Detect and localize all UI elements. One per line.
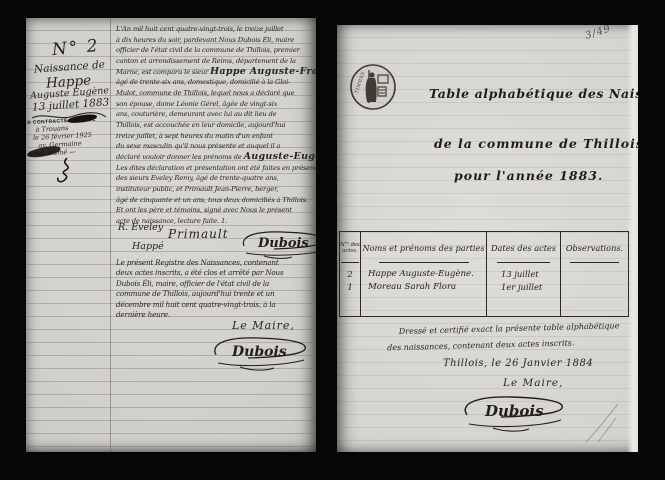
act-line: treize juillet, à sept heures du matin d…: [116, 131, 316, 142]
table-subtitle-year: pour l'année 1883.: [454, 168, 603, 183]
closing-line: Dubois Éli, maire, officier de l'état ci…: [116, 279, 316, 289]
mayor-signature-closing: Dubois: [204, 333, 314, 373]
act-number: N° 2: [51, 36, 100, 60]
signature-eveley: R. Eveley: [118, 222, 163, 233]
column-observations: Observations.: [561, 232, 628, 316]
closing-line: commune de Thillois, aujourd'hui trente …: [116, 289, 316, 299]
father-name: Happe Auguste-Fran: [210, 67, 316, 77]
signature-happe: Happé: [132, 241, 164, 252]
act-line: du sexe masculin qu'il nous présente et …: [116, 141, 316, 152]
act-line: officier de l'état civil de la commune d…: [116, 45, 316, 56]
table-subtitle-commune: de la commune de Thillois: [434, 136, 638, 151]
register-closing: Le présent Registre des Naissances, cont…: [116, 258, 316, 320]
mayor-role-label: Le Maire,: [503, 377, 563, 389]
act-line: Les dites déclaration et présentation on…: [116, 163, 316, 174]
closing-line: deux actes inscrits, a été clos et arrêt…: [116, 268, 316, 278]
place-date-line: Thillois, le 26 Janvier 1884: [443, 358, 593, 369]
column-names: Noms et prénoms des parties Happe August…: [361, 232, 487, 316]
act-line: âgé de trente-six ans, domestique, domic…: [116, 77, 316, 88]
birth-act-text: L'An mil huit cent quatre-vingt-trois, l…: [116, 24, 316, 226]
table-title: Table alphabétique des Naissances: [429, 86, 638, 101]
date-cell: 1er juillet: [487, 281, 560, 294]
act-line: Et ont les père et témoins, signé avec N…: [116, 205, 316, 216]
signature-primault: Primault: [168, 227, 229, 241]
mayor-signature: Dubois: [234, 228, 316, 260]
mayor-signature-table: Dubois: [453, 391, 573, 435]
certification: Dressé et certifié exact la présente tab…: [399, 318, 630, 356]
act-line: déclaré vouloir donner les prénoms de Au…: [116, 152, 316, 163]
column-header: Noms et prénoms des parties: [361, 232, 486, 261]
act-line: Mulot, commune de Thillois, lequel nous …: [116, 88, 316, 99]
mayor-signature-text: Dubois: [257, 236, 309, 251]
name-cell: Happe Auguste-Eugène.: [361, 268, 486, 281]
act-line: son épouse, dame Léonie Gérel, âgée de v…: [116, 99, 316, 110]
act-line: des sieurs Eveley Remy, âgé de trente-qu…: [116, 173, 316, 184]
timbre-stamp-icon: TIMBRE: [349, 63, 397, 111]
child-name: Auguste-Eugène.: [244, 152, 316, 162]
mayor-signature-text: Dubois: [231, 344, 287, 360]
act-number-cell: 2: [340, 268, 360, 281]
act-line: canton et arrondissement de Reims, dépar…: [116, 56, 316, 67]
closing-line: décembre mil huit cent quatre-vingt-troi…: [116, 300, 316, 310]
paraph-icon: [47, 155, 84, 185]
column-header: Observations.: [561, 232, 628, 261]
date-cell: 13 juillet: [487, 268, 560, 281]
names-table: N°ˢ des actes. 2 1 Noms et prénoms des p…: [339, 231, 629, 317]
act-line: Marne, est comparu le sieur Happe August…: [116, 67, 316, 78]
act-line: âgé de cinquante et un ans, tous deux do…: [116, 195, 316, 206]
mayor-role-label: Le Maire,: [232, 319, 295, 332]
column-dates: Dates des actes 13 juillet 1er juillet: [487, 232, 561, 316]
act-line-text: Marne, est comparu le sieur: [116, 68, 208, 76]
document-scan: N° 2 Naissance de Happe Auguste Eugène 1…: [0, 0, 665, 480]
act-line: L'An mil huit cent quatre-vingt-trois, l…: [116, 24, 316, 35]
right-page: TIMBRE 3/49 Table alphabétique des Naiss…: [337, 25, 638, 452]
mayor-signature-text: Dubois: [484, 402, 544, 420]
name-cell: Moreau Sarah Flora: [361, 281, 486, 294]
act-line: instituteur public, et Primault Jean-Pie…: [116, 184, 316, 195]
act-line-text: déclaré vouloir donner les prénoms de: [116, 153, 242, 161]
column-header: N°ˢ des actes.: [340, 232, 360, 261]
act-line: Thillois, est accouchée en leur domicile…: [116, 120, 316, 131]
left-page: N° 2 Naissance de Happe Auguste Eugène 1…: [26, 18, 316, 452]
act-line: à dix heures du soir, pardevant Nous Dub…: [116, 35, 316, 46]
column-header: Dates des actes: [487, 232, 560, 261]
pencil-scribble-icon: [572, 400, 624, 446]
act-line: ans, couturière, demeurant avec lui au d…: [116, 109, 316, 120]
act-number-cell: 1: [340, 281, 360, 294]
marriage-mention: A CONTRACTÉ MARIAGE à Trouans le 26 févr…: [27, 116, 111, 158]
closing-line: Le présent Registre des Naissances, cont…: [116, 258, 316, 268]
column-act-numbers: N°ˢ des actes. 2 1: [340, 232, 361, 316]
